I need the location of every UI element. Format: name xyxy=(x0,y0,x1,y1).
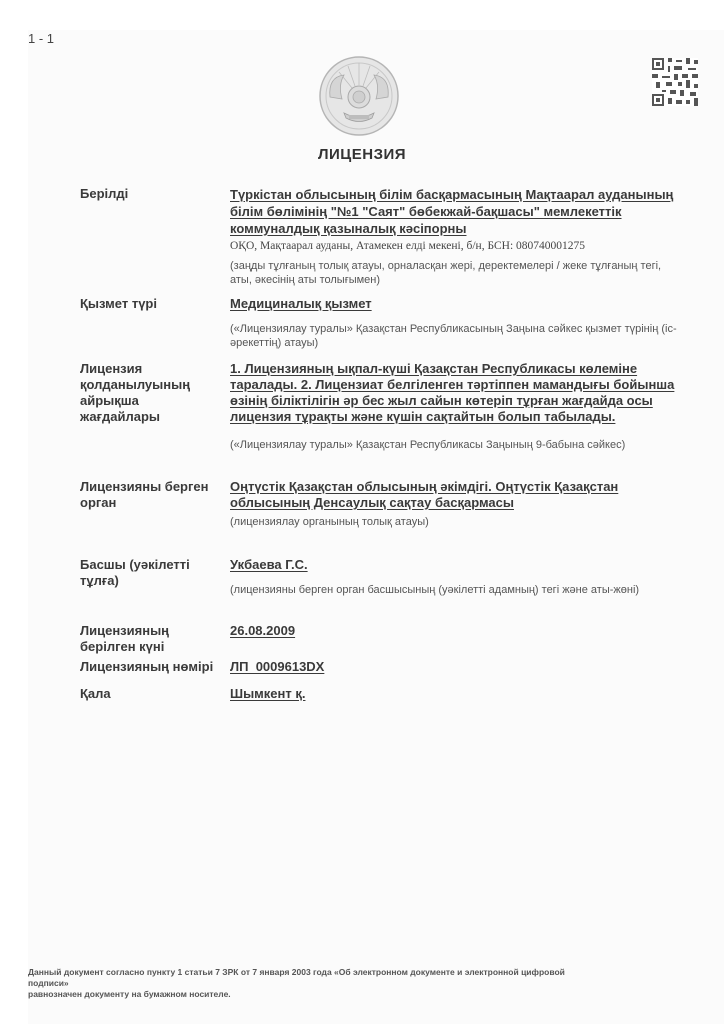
field-note: (заңды тұлғаның толық атауы, орналасқан … xyxy=(230,259,685,287)
page-number: 1 - 1 xyxy=(28,31,54,46)
field-value: Укбаева Г.С. xyxy=(230,557,675,573)
field-value: Медициналық қызмет xyxy=(230,296,675,312)
field-label: Берілді xyxy=(80,186,230,202)
field-label: Лицензия қолданылуының айрықша жағдайлар… xyxy=(80,361,220,425)
field-note: («Лицензиялау туралы» Қазақстан Республи… xyxy=(230,438,685,452)
document-title: ЛИЦЕНЗИЯ xyxy=(0,146,724,163)
field-value: ЛП 0009613DX xyxy=(230,659,675,675)
field-note: («Лицензиялау туралы» Қазақстан Республи… xyxy=(230,322,685,350)
legal-footer: Данный документ согласно пункту 1 статьи… xyxy=(28,967,588,1000)
field-label: Лицензияны берген орган xyxy=(80,479,220,511)
field-label: Қызмет түрі xyxy=(80,296,230,312)
field-label: Басшы (уәкілетті тұлға) xyxy=(80,557,230,589)
field-value: 26.08.2009 xyxy=(230,623,675,639)
qr-code-icon xyxy=(652,58,698,106)
field-value: Түркістан облысының білім басқармасының … xyxy=(230,186,675,237)
footer-line: равнозначен документу на бумажном носите… xyxy=(28,989,588,1000)
field-note: (лицензияны берген орган басшысының (уәк… xyxy=(230,583,685,597)
state-emblem-icon xyxy=(318,55,400,137)
field-label: Қала xyxy=(80,686,230,702)
field-note: (лицензиялау органының толық атауы) xyxy=(230,515,685,529)
address-line: ОҚО, Мақтаарал ауданы, Атамекен елді мек… xyxy=(230,240,690,252)
field-value: 1. Лицензияның ықпал-күші Қазақстан Респ… xyxy=(230,361,675,425)
field-value: Оңтүстік Қазақстан облысының әкімдігі. О… xyxy=(230,479,675,511)
field-label: Лицензияның берілген күні xyxy=(80,623,225,655)
footer-line: Данный документ согласно пункту 1 статьи… xyxy=(28,967,588,989)
field-label: Лицензияның нөмірі xyxy=(80,659,230,675)
field-value: Шымкент қ. xyxy=(230,686,675,702)
